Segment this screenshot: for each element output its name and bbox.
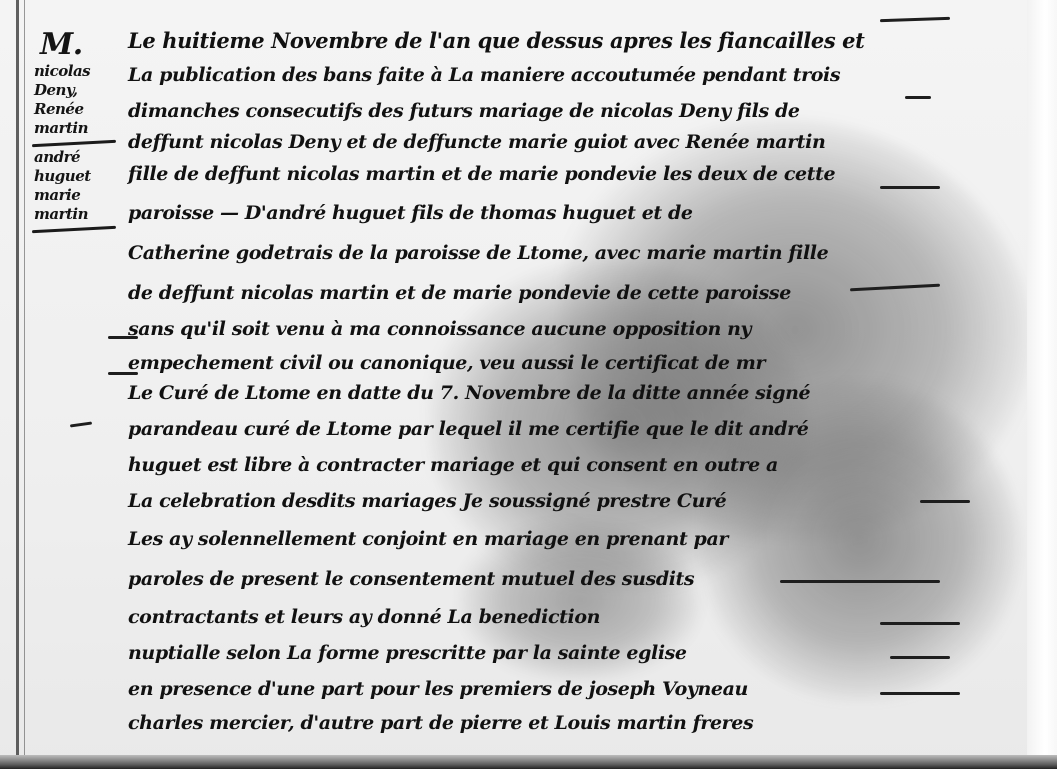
record-line: Catherine godetrais de la paroisse de Lt… [128,242,828,264]
record-line: deffunt nicolas Deny et de deffuncte mar… [128,131,825,153]
record-line: de deffunt nicolas martin et de marie po… [128,282,791,304]
record-line: Le Curé de Ltome en datte du 7. Novembre… [128,382,810,404]
line-filler-stroke [880,17,950,22]
margin-note-line: huguet [34,167,126,186]
margin-note-line: nicolas [34,62,126,81]
record-line: fille de deffunt nicolas martin et de ma… [128,163,835,185]
margin-separator [32,140,116,147]
margin-note-head: M. [40,28,126,62]
line-filler-stroke [880,622,960,625]
line-filler-stroke [905,96,931,99]
margin-note-line: marie [34,186,126,205]
line-filler-stroke [108,372,138,375]
line-filler-stroke [108,336,138,339]
manuscript-page: M. nicolas Deny, Renée martin andré hugu… [0,0,1057,769]
margin-note-line: martin [34,119,126,138]
record-line: empechement civil ou canonique, veu auss… [128,352,765,374]
page-right-edge [1027,0,1057,769]
margin-mark [70,421,92,427]
record-line: Les ay solennellement conjoint en mariag… [128,528,728,550]
line-filler-stroke [880,186,940,189]
record-line: Le huitieme Novembre de l'an que dessus … [128,28,864,53]
margin-rule [16,0,19,755]
line-filler-stroke [920,500,970,503]
record-line: sans qu'il soit venu à ma connoissance a… [128,318,751,340]
record-line: contractants et leurs ay donné La benedi… [128,606,600,628]
record-line: La publication des bans faite à La manie… [128,64,840,86]
margin-separator [32,226,116,233]
margin-note-line: Deny, [34,81,126,100]
margin-note: M. nicolas Deny, Renée martin andré hugu… [34,28,126,234]
record-line: charles mercier, d'autre part de pierre … [128,712,753,734]
record-line: paroisse — D'andré huguet fils de thomas… [128,202,693,224]
margin-note-line: andré [34,148,126,167]
margin-note-line: martin [34,205,126,224]
margin-rule-inner [24,0,25,755]
line-filler-stroke [880,692,960,695]
page-bottom-edge [0,755,1057,769]
record-line: huguet est libre à contracter mariage et… [128,454,778,476]
record-line: paroles de present le consentement mutue… [128,568,694,590]
line-filler-stroke [780,580,940,583]
line-filler-stroke [890,656,950,659]
record-line: en presence d'une part pour les premiers… [128,678,748,700]
margin-note-line: Renée [34,100,126,119]
record-line: parandeau curé de Ltome par lequel il me… [128,418,808,440]
record-line: La celebration desdits mariages Je souss… [128,490,726,512]
record-line: nuptialle selon La forme prescritte par … [128,642,687,664]
record-line: dimanches consecutifs des futurs mariage… [128,100,800,122]
